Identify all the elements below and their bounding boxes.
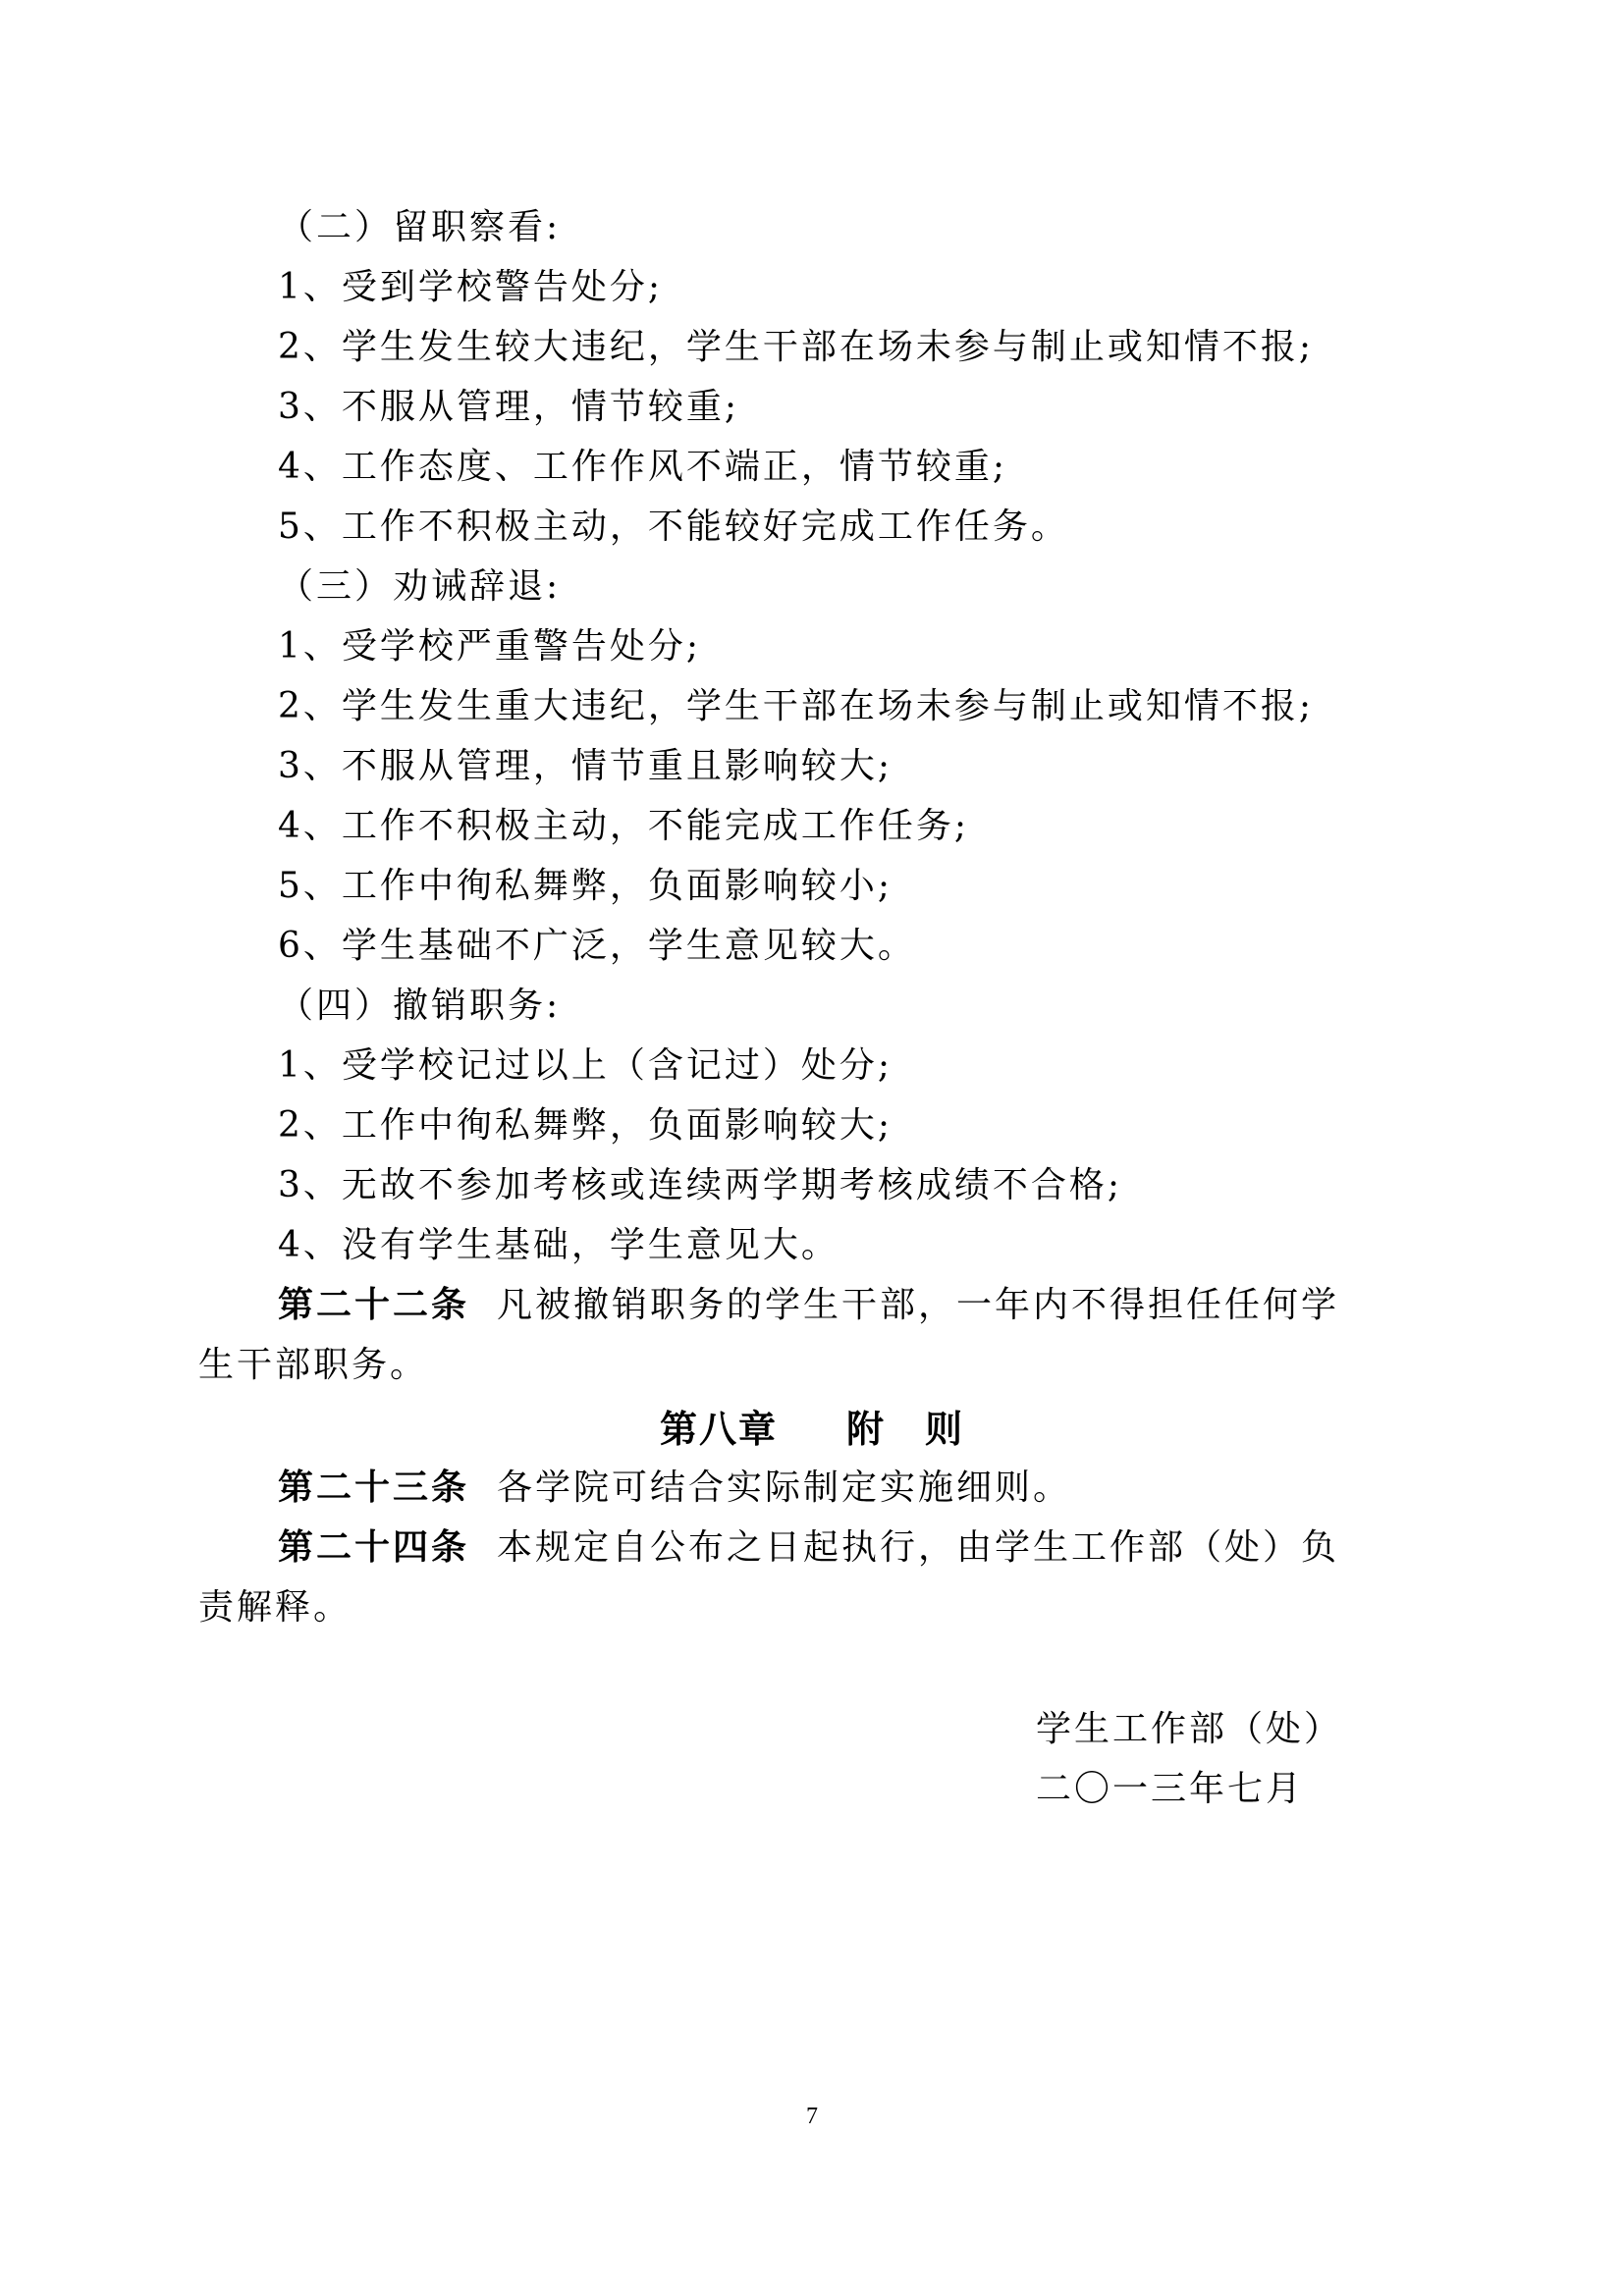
article-text: 凡被撤销职务的学生干部，一年内不得担任任何学	[497, 1285, 1339, 1325]
list-item: 3、不服从管理，情节重且影响较大;	[278, 745, 893, 788]
list-item: 3、不服从管理，情节较重;	[278, 386, 739, 429]
list-item: 5、工作不积极主动，不能较好完成工作任务。	[278, 506, 1069, 549]
article-label: 第二十二条	[278, 1285, 469, 1325]
article-23: 第二十三条各学院可结合实际制定实施细则。	[278, 1467, 1071, 1510]
list-item: 6、学生基础不广泛，学生意见较大。	[278, 925, 916, 968]
list-item: 2、工作中徇私舞弊，负面影响较大;	[278, 1104, 893, 1148]
list-item: 2、学生发生较大违纪，学生干部在场未参与制止或知情不报;	[278, 326, 1314, 369]
article-text: 各学院可结合实际制定实施细则。	[497, 1468, 1071, 1508]
list-item: 1、受学校严重警告处分;	[278, 625, 701, 668]
signature-department: 学生工作部（处）	[1036, 1708, 1342, 1751]
section-heading-probation: （二）留职察看:	[278, 206, 561, 249]
list-item: 5、工作中徇私舞弊，负面影响较小;	[278, 865, 893, 908]
chapter-title: 第八章附则	[0, 1407, 1624, 1452]
document-page: （二）留职察看: 1、受到学校警告处分; 2、学生发生较大违纪，学生干部在场未参…	[0, 0, 1624, 2296]
list-item: 3、无故不参加考核或连续两学期考核成绩不合格;	[278, 1164, 1122, 1207]
list-item: 2、学生发生重大违纪，学生干部在场未参与制止或知情不报;	[278, 685, 1314, 728]
list-item: 4、没有学生基础，学生意见大。	[278, 1224, 839, 1267]
list-item: 1、受学校记过以上（含记过）处分;	[278, 1044, 893, 1088]
list-item: 1、受到学校警告处分;	[278, 266, 663, 309]
article-label: 第二十四条	[278, 1527, 469, 1568]
article-24: 第二十四条本规定自公布之日起执行，由学生工作部（处）负	[278, 1526, 1339, 1570]
article-24-continued: 责解释。	[198, 1586, 352, 1629]
article-22-continued: 生干部职务。	[198, 1344, 428, 1387]
article-22: 第二十二条凡被撤销职务的学生干部，一年内不得担任任何学	[278, 1284, 1339, 1327]
signature-date: 二〇一三年七月	[1036, 1768, 1304, 1811]
list-item: 4、工作不积极主动，不能完成工作任务;	[278, 805, 969, 848]
section-heading-dismissal: （三）劝诫辞退:	[278, 565, 561, 609]
article-text: 本规定自公布之日起执行，由学生工作部（处）负	[497, 1527, 1339, 1568]
page-number: 7	[0, 2104, 1624, 2130]
article-label: 第二十三条	[278, 1468, 469, 1508]
section-heading-removal: （四）撤销职务:	[278, 985, 561, 1028]
list-item: 4、工作态度、工作作风不端正，情节较重;	[278, 446, 1007, 489]
